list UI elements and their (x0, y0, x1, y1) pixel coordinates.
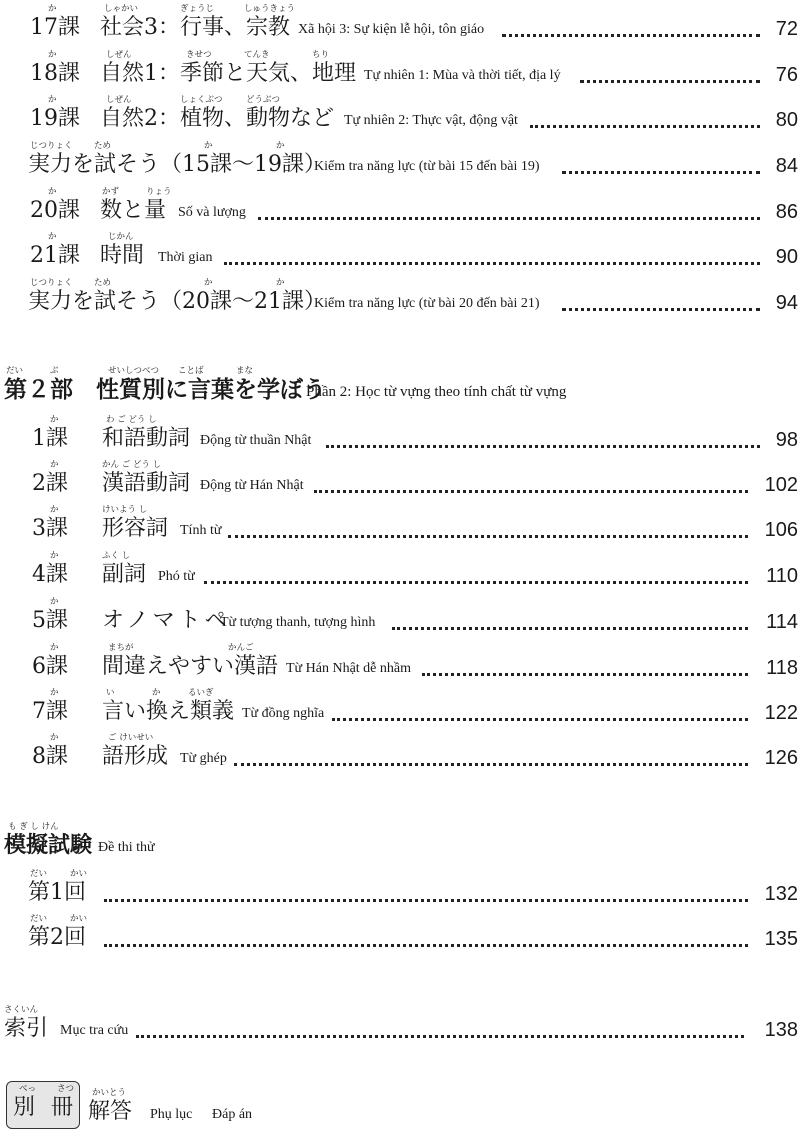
dot-leader (502, 31, 760, 37)
lesson-number: 17課 (30, 16, 80, 40)
appendix-vn-1: Phụ lục (150, 1107, 192, 1123)
dot-leader (332, 715, 748, 721)
lesson-title-vn: Động từ thuần Nhật (200, 433, 311, 449)
ruby: ちり (312, 50, 329, 60)
ruby: じつりょく (30, 278, 73, 288)
page-number: 106 (765, 519, 798, 541)
mock-exam-title-vn: Đề thi thử (98, 840, 155, 856)
lesson-number: 4課 (32, 563, 68, 587)
ruby: しゃかい (104, 4, 138, 14)
ruby: ため (94, 141, 111, 151)
ruby: か (276, 278, 285, 288)
ruby: せいしつべつ (108, 366, 159, 376)
toc-row[interactable]: か 5課 オノマトペ Từ tượng thanh, tượng hình 11… (0, 593, 800, 637)
lesson-number: 21課 (30, 244, 80, 268)
lesson-title-vn: Từ ghép (180, 751, 227, 767)
page-number: 72 (776, 18, 798, 40)
ruby: てんき (244, 50, 270, 60)
mock-exam-round: 第1回 (28, 881, 86, 905)
ruby: きせつ (186, 50, 212, 60)
ruby: ぎょうじ (180, 4, 214, 14)
ruby: しぜん (106, 95, 132, 105)
page-number: 122 (765, 702, 798, 724)
ruby: か (50, 643, 59, 653)
page-number: 86 (776, 201, 798, 223)
review-title-vn: Kiểm tra năng lực (từ bài 20 đến bài 21) (314, 296, 540, 312)
ruby: か (48, 50, 57, 60)
toc-row[interactable]: か 2課 かん ご どう し 漢語動詞 Động từ Hán Nhật 102 (0, 456, 800, 500)
dot-leader (326, 442, 760, 448)
ruby: まな (236, 366, 253, 376)
lesson-title: 自然1：季節と天気、地理 (100, 62, 356, 86)
page-number: 132 (765, 883, 798, 905)
lesson-title-vn: Từ Hán Nhật dễ nhầm (286, 661, 411, 677)
review-title: 実力を試そう（15課〜19課） (28, 153, 326, 177)
lesson-title: 言い換え類義 (102, 700, 234, 724)
ruby: か (204, 278, 213, 288)
lesson-title: 和語動詞 (102, 427, 190, 451)
lesson-number: 18課 (30, 62, 80, 86)
lesson-number: 8課 (32, 745, 68, 769)
mock-exam-title: 模擬試験 (4, 834, 92, 858)
toc-row[interactable]: か 19課 しぜん しょくぶつ どうぶつ 自然2：植物、動物など Tự nhiê… (0, 91, 800, 135)
toc-row[interactable]: か 4課 ふく し 副詞 Phó từ 110 (0, 547, 800, 591)
part2-header[interactable]: だい ぶ せいしつべつ ことば まな 第２部 性質別に言葉を学ぼう Phần 2… (0, 362, 800, 406)
dot-leader (562, 168, 760, 174)
ruby: い (106, 688, 115, 698)
ruby: だい (6, 366, 23, 376)
lesson-title-vn: Tự nhiên 1: Mùa và thời tiết, địa lý (364, 68, 561, 84)
ruby: か (276, 141, 285, 151)
lesson-title-vn: Tự nhiên 2: Thực vật, động vật (344, 113, 518, 129)
lesson-number: 3課 (32, 517, 68, 541)
page-number: 90 (776, 246, 798, 268)
toc-row[interactable]: か 1課 わ ご どう し 和語動詞 Động từ thuần Nhật 98 (0, 411, 800, 455)
toc-row[interactable]: か 18課 しぜん きせつ てんき ちり 自然1：季節と天気、地理 Tự nhi… (0, 46, 800, 90)
toc-row-mock-exam[interactable]: だい かい 第1回 132 (0, 865, 800, 909)
toc-row[interactable]: か 20課 かず りょう 数と量 Số và lượng 86 (0, 183, 800, 227)
dot-leader (562, 305, 760, 311)
ruby: ことば (178, 366, 204, 376)
page-number: 98 (776, 429, 798, 451)
lesson-title: 時間 (100, 244, 144, 268)
ruby: かず (102, 187, 119, 197)
ruby: だい (30, 914, 47, 924)
ruby: ふく し (102, 551, 130, 561)
page-number: 138 (765, 1019, 798, 1041)
toc-row-mock-exam[interactable]: だい かい 第2回 135 (0, 910, 800, 954)
ruby: べっ (19, 1084, 36, 1094)
ruby: しょくぶつ (180, 95, 223, 105)
page-number: 126 (765, 747, 798, 769)
ruby: さつ (57, 1084, 74, 1094)
ruby: しゅうきょう (244, 4, 295, 14)
lesson-title-vn: Thời gian (158, 250, 212, 266)
appendix-vn-2: Đáp án (212, 1107, 252, 1123)
dot-leader (234, 760, 748, 766)
dot-leader (314, 487, 748, 493)
ruby: けいよう し (102, 505, 147, 515)
dot-leader (422, 670, 748, 676)
lesson-number: 7課 (32, 700, 68, 724)
dot-leader (104, 896, 748, 902)
lesson-title-vn: Phó từ (158, 569, 195, 585)
page-number: 135 (765, 928, 798, 950)
toc-row[interactable]: か 21課 じかん 時間 Thời gian 90 (0, 228, 800, 272)
badge-char-right: 冊 (51, 1096, 73, 1120)
ruby: しぜん (106, 50, 132, 60)
appendix-title: 解答 (88, 1100, 132, 1124)
dot-leader (204, 578, 748, 584)
ruby: か (48, 187, 57, 197)
lesson-title: 数と量 (100, 199, 166, 223)
page-number: 76 (776, 64, 798, 86)
index-title: 索引 (4, 1017, 48, 1041)
lesson-number: 1課 (32, 427, 68, 451)
page-number: 80 (776, 109, 798, 131)
index-title-vn: Mục tra cứu (60, 1023, 128, 1039)
ruby: ため (94, 278, 111, 288)
dot-leader (392, 624, 748, 630)
ruby: まちが (108, 643, 134, 653)
dot-leader (580, 77, 760, 83)
ruby: か (50, 597, 59, 607)
mock-exam-round: 第2回 (28, 926, 86, 950)
ruby: るいぎ (188, 688, 214, 698)
toc-row-index[interactable]: さくいん 索引 Mục tra cứu 138 (0, 1001, 800, 1045)
part2-title-vn: Phần 2: Học từ vựng theo tính chất từ vự… (306, 384, 566, 400)
lesson-title: 語形成 (102, 745, 168, 769)
lesson-title-vn: Số và lượng (178, 205, 246, 221)
ruby: か (48, 95, 57, 105)
ruby: どうぶつ (246, 95, 280, 105)
lesson-title: 自然2：植物、動物など (100, 107, 334, 131)
lesson-title-vn: Từ tượng thanh, tượng hình (220, 615, 375, 631)
toc-row-review[interactable]: じつりょく ため か か 実力を試そう（20課〜21課） Kiểm tra nă… (0, 274, 800, 318)
dot-leader (104, 941, 748, 947)
ruby: か (50, 733, 59, 743)
lesson-number: 19課 (30, 107, 80, 131)
separate-volume-badge: べっ さつ 別 冊 (6, 1081, 80, 1129)
ruby: かん ご どう し (102, 460, 161, 470)
ruby: かい (70, 914, 87, 924)
lesson-title: 副詞 (102, 563, 146, 587)
part2-title: 第２部 性質別に言葉を学ぼう (4, 378, 326, 402)
toc-row[interactable]: か 17課 しゃかい ぎょうじ しゅうきょう 社会3：行事、宗教 Xã hội … (0, 0, 800, 44)
toc-row[interactable]: か 3課 けいよう し 形容詞 Tính từ 106 (0, 501, 800, 545)
page-number: 84 (776, 155, 798, 177)
review-title-vn: Kiểm tra năng lực (từ bài 15 đến bài 19) (314, 159, 540, 175)
ruby: か (50, 415, 59, 425)
ruby: りょう (146, 187, 172, 197)
ruby: わ ご どう し (106, 415, 157, 425)
review-title: 実力を試そう（20課〜21課） (28, 290, 326, 314)
page-number: 110 (766, 565, 798, 587)
lesson-title-vn: Tính từ (180, 523, 221, 539)
lesson-title: 漢語動詞 (102, 472, 190, 496)
dot-leader (136, 1032, 744, 1038)
ruby: か (50, 505, 59, 515)
lesson-title: 形容詞 (102, 517, 168, 541)
ruby: じかん (108, 232, 134, 242)
ruby: か (152, 688, 161, 698)
page-number: 118 (766, 657, 798, 679)
lesson-title: 間違えやすい漢語 (102, 655, 278, 679)
toc-row[interactable]: まちが かんご か 6課 間違えやすい漢語 Từ Hán Nhật dễ nhầ… (0, 639, 800, 683)
page-number: 94 (776, 292, 798, 314)
ruby: さくいん (4, 1005, 38, 1015)
ruby: ぶ (50, 366, 59, 376)
ruby: か (48, 232, 57, 242)
lesson-number: 6課 (32, 655, 68, 679)
dot-leader (224, 259, 760, 265)
page-number: 102 (765, 474, 798, 496)
lesson-title: 社会3：行事、宗教 (100, 16, 290, 40)
dot-leader (258, 214, 760, 220)
toc-row-review[interactable]: じつりょく ため か か 実力を試そう（15課〜19課） Kiểm tra nă… (0, 137, 800, 181)
ruby: か (50, 688, 59, 698)
ruby: ご けいせい (108, 733, 153, 743)
ruby: も ぎ し けん (8, 822, 59, 832)
lesson-number: 20課 (30, 199, 80, 223)
ruby: か (48, 4, 57, 14)
lesson-number: 2課 (32, 472, 68, 496)
dot-leader (228, 532, 748, 538)
lesson-number: 5課 (32, 609, 68, 633)
lesson-title-vn: Xã hội 3: Sự kiện lễ hội, tôn giáo (298, 22, 484, 38)
ruby: か (50, 551, 59, 561)
ruby: か (50, 460, 59, 470)
lesson-title-vn: Từ đồng nghĩa (242, 706, 324, 722)
dot-leader (530, 122, 760, 128)
lesson-title: オノマトペ (102, 609, 231, 633)
toc-row[interactable]: か 7課 い か るいぎ 言い換え類義 Từ đồng nghĩa 122 (0, 684, 800, 728)
ruby: かい (70, 869, 87, 879)
lesson-title-vn: Động từ Hán Nhật (200, 478, 304, 494)
page-number: 114 (766, 611, 798, 633)
ruby: だい (30, 869, 47, 879)
ruby: じつりょく (30, 141, 73, 151)
badge-char-left: 別 (13, 1096, 35, 1120)
ruby: かんご (228, 643, 254, 653)
ruby: かいとう (92, 1088, 126, 1098)
ruby: か (204, 141, 213, 151)
mock-exam-header[interactable]: も ぎ し けん 模擬試験 Đề thi thử (0, 818, 800, 862)
toc-row[interactable]: か 8課 ご けいせい 語形成 Từ ghép 126 (0, 729, 800, 773)
